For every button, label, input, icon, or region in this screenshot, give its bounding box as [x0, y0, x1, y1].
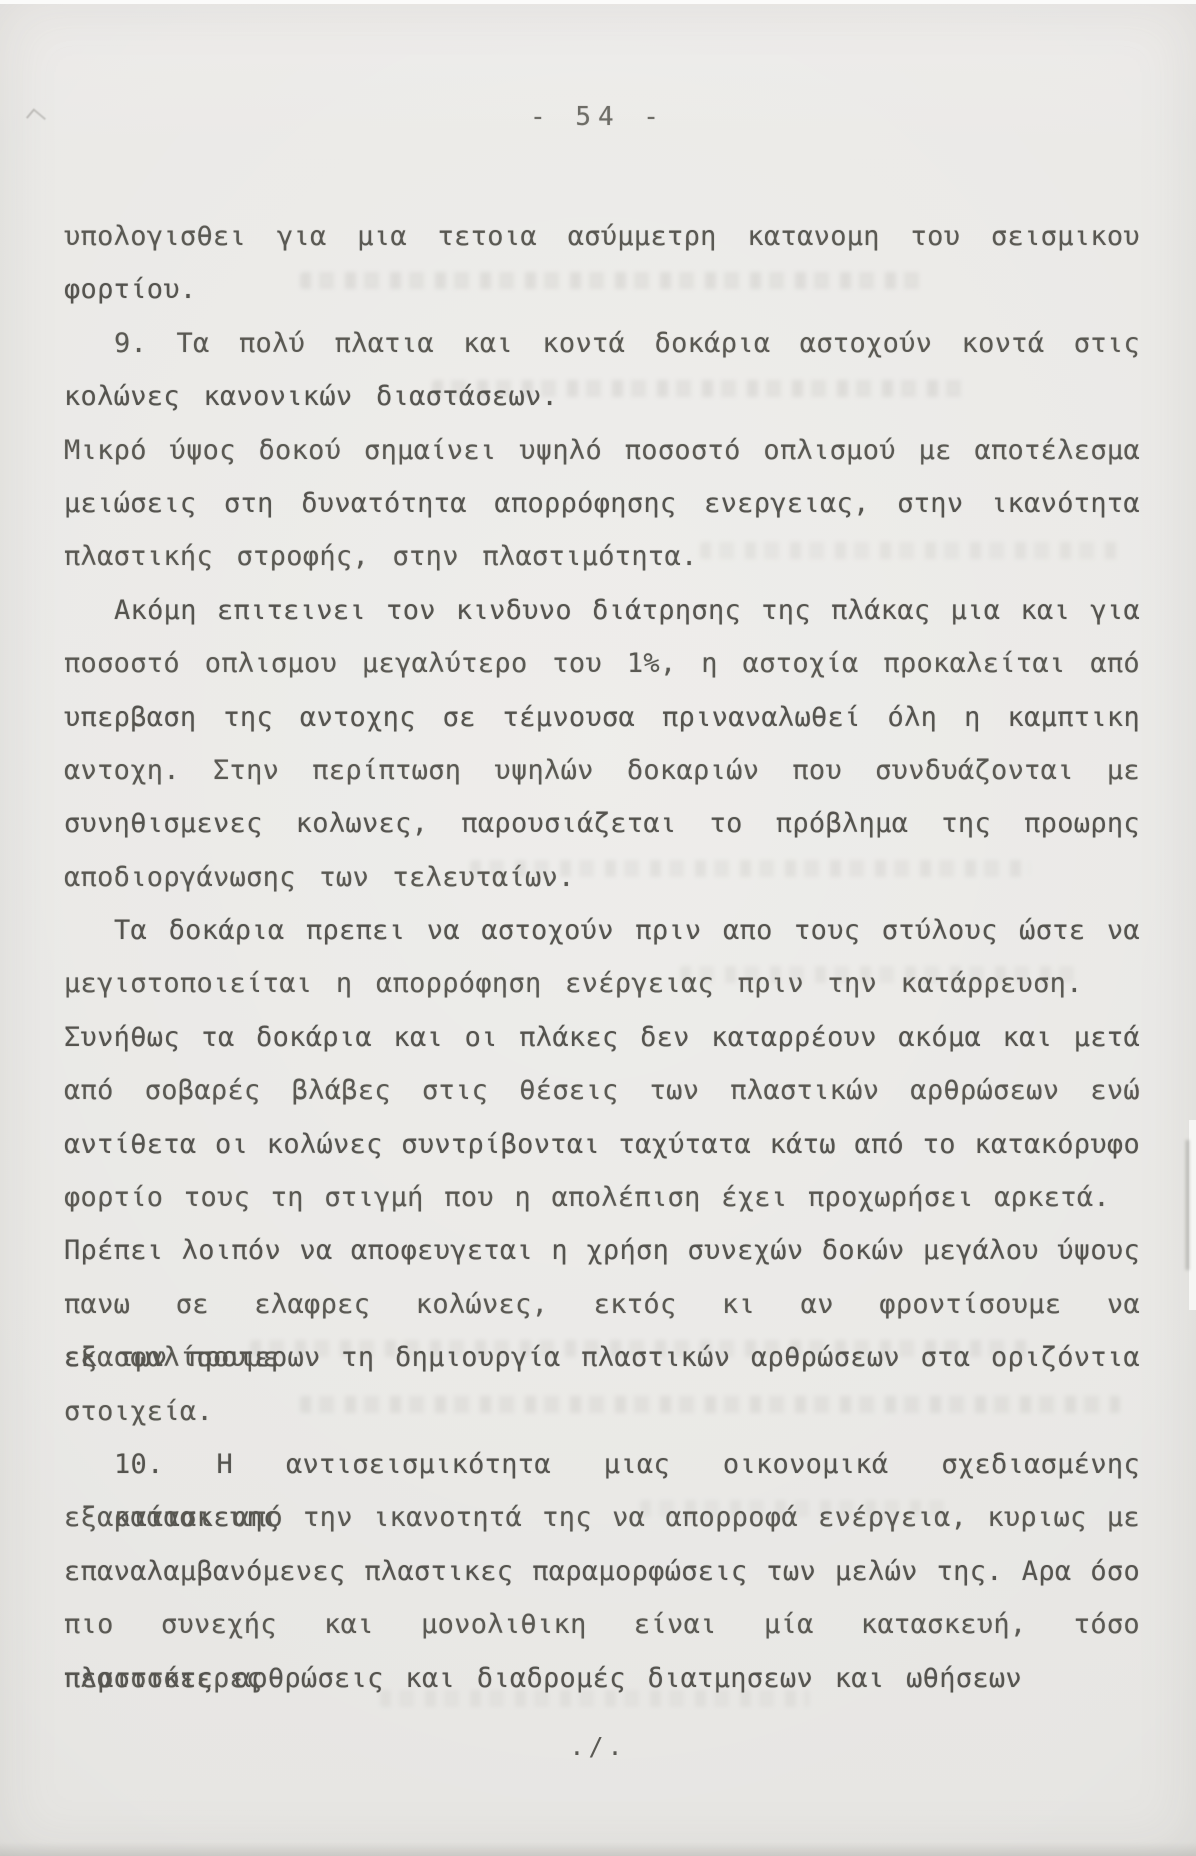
text-line: εκ των προτερων τη δημιουργία πλαστικών … — [64, 1331, 1140, 1384]
text-line: πλαστικής στροφής, στην πλαστιμότητα. — [64, 530, 1140, 583]
text-line: αντοχη. Στην περίπτωση υψηλών δοκαριών π… — [64, 744, 1140, 797]
text-line: μειώσεις στη δυνατότητα απορρόφησης ενερ… — [64, 477, 1140, 530]
body-text: υπολογισθει για μια τετοια ασύμμετρη κατ… — [64, 210, 1140, 1705]
scan-right-edge-artifact — [1186, 1140, 1189, 1270]
text-line: αποδιοργάνωσης των τελευταίων. — [64, 851, 1140, 904]
text-line: πλαστικες αρθρώσεις και διαδρομές διατμη… — [64, 1652, 1140, 1705]
text-line: αντίθετα οι κολώνες συντρίβονται ταχύτατ… — [64, 1118, 1140, 1171]
text-line: Τα δοκάρια πρεπει να αστοχούν πριν απο τ… — [64, 904, 1140, 957]
text-line: Συνήθως τα δοκάρια και οι πλάκες δεν κατ… — [64, 1011, 1140, 1064]
continuation-mark: ./. — [0, 1732, 1196, 1761]
text-line: εξαρτάται από την ικανοτητά της να απορρ… — [64, 1491, 1140, 1544]
scan-right-edge — [1189, 1120, 1196, 1310]
text-line: υπολογισθει για μια τετοια ασύμμετρη κατ… — [64, 210, 1140, 263]
text-line: Μικρό ύψος δοκού σημαίνει υψηλό ποσοστό … — [64, 424, 1140, 477]
text-line: μεγιστοποιείται η απορρόφηση ενέργειας π… — [64, 957, 1140, 1010]
text-line: στοιχεία. — [64, 1385, 1140, 1438]
text-line: υπερβαση της αντοχης σε τέμνουσα πρινανα… — [64, 691, 1140, 744]
scanned-page: - 54 - υπολογισθει για μια τετοια ασύμμε… — [0, 0, 1196, 1856]
text-line: πιο συνεχής και μονολιθικη είναι μία κατ… — [64, 1598, 1140, 1651]
text-line: Πρέπει λοιπόν να αποφευγεται η χρήση συν… — [64, 1224, 1140, 1277]
text-line: 9. Τα πολύ πλατια και κοντά δοκάρια αστο… — [64, 317, 1140, 370]
scan-top-edge — [0, 0, 1196, 4]
text-line: από σοβαρές βλάβες στις θέσεις των πλαστ… — [64, 1064, 1140, 1117]
text-line: πανω σε ελαφρες κολώνες, εκτός κι αν φρο… — [64, 1278, 1140, 1331]
scan-bottom-shadow — [0, 1842, 1196, 1856]
text-line: κολώνες κανονικών διαστάσεων. — [64, 370, 1140, 423]
text-line: φορτίο τους τη στιγμή που η απολέπιση έχ… — [64, 1171, 1140, 1224]
text-line: συνηθισμενες κολωνες, παρουσιάζεται το π… — [64, 797, 1140, 850]
page-number: - 54 - — [0, 102, 1196, 132]
text-line: ποσοστό οπλισμου μεγαλύτερο του 1%, η ασ… — [64, 637, 1140, 690]
text-line: 10. Η αντισεισμικότητα μιας οικονομικά σ… — [64, 1438, 1140, 1491]
text-line: φορτίου. — [64, 263, 1140, 316]
text-line: επαναλαμβανόμενες πλαστικες παραμορφώσει… — [64, 1545, 1140, 1598]
text-line: Ακόμη επιτεινει τον κινδυνο διάτρησης τη… — [64, 584, 1140, 637]
